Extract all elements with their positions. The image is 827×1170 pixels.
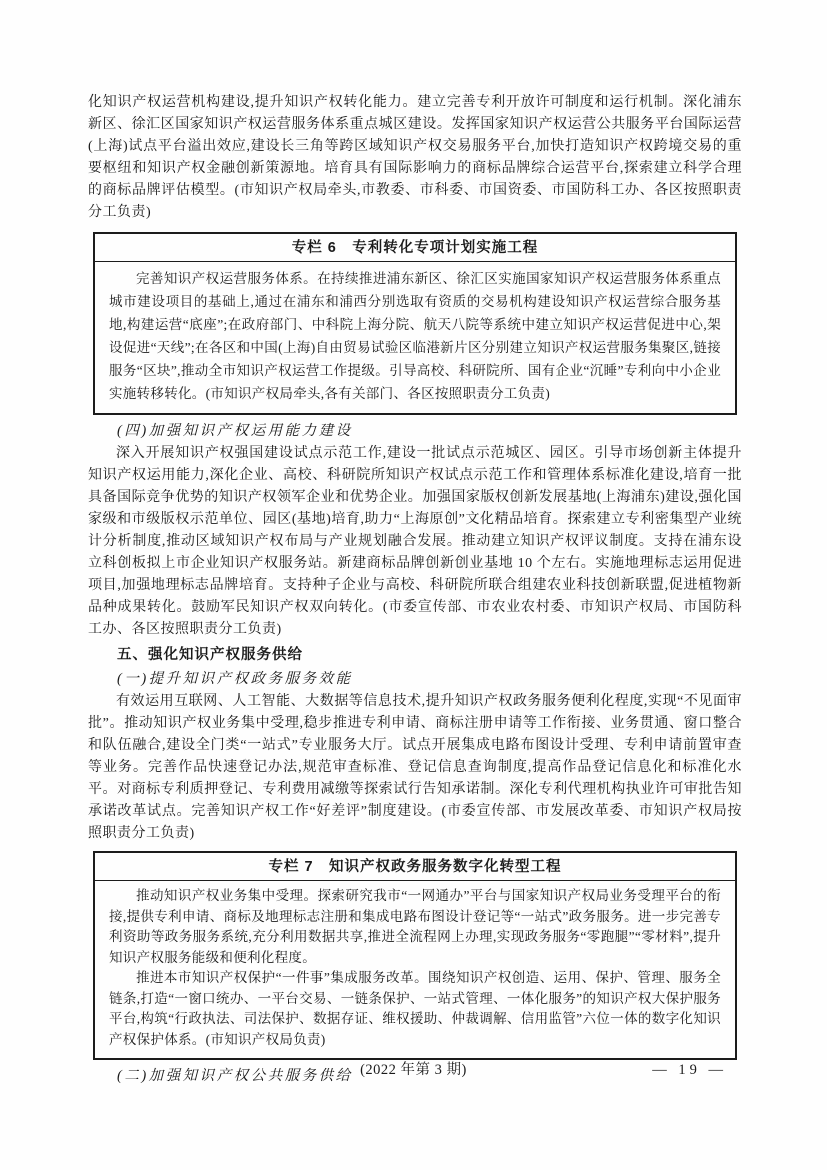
- column6-content: 完善知识产权运营服务体系。在持续推进浦东新区、徐汇区实施国家知识产权运营服务体系…: [109, 267, 721, 405]
- column7-title: 专栏 7 知识产权政务服务数字化转型工程: [95, 853, 735, 881]
- column6-title: 专栏 6 专利转化专项计划实施工程: [95, 234, 735, 262]
- column7-box: 专栏 7 知识产权政务服务数字化转型工程 推动知识产权业务集中受理。探索研究我市…: [93, 851, 737, 1060]
- section4-heading: (四)加强知识产权运用能力建设: [88, 419, 742, 443]
- column6-body: 完善知识产权运营服务体系。在持续推进浦东新区、徐汇区实施国家知识产权运营服务体系…: [95, 262, 735, 413]
- document-page: 化知识产权运营机构建设,提升知识产权转化能力。建立完善专利开放许可制度和运行机制…: [0, 0, 827, 1170]
- column7-paragraph-1: 推动知识产权业务集中受理。探索研究我市“一网通办”平台与国家知识产权局业务受理平…: [109, 886, 721, 968]
- column7-body: 推动知识产权业务集中受理。探索研究我市“一网通办”平台与国家知识产权局业务受理平…: [95, 881, 735, 1058]
- column6-box: 专栏 6 专利转化专项计划实施工程 完善知识产权运营服务体系。在持续推进浦东新区…: [93, 232, 737, 415]
- page-footer: (2022 年第 3 期) — 19 —: [0, 1058, 827, 1082]
- section5-sub1-heading: (一)提升知识产权政务服务效能: [88, 667, 742, 691]
- section4-paragraph: 深入开展知识产权强国建设试点示范工作,建设一批试点示范城区、园区。引导市场创新主…: [88, 443, 742, 641]
- column7-paragraph-2: 推进本市知识产权保护“一件事”集成服务改革。围绕知识产权创造、运用、保护、管理、…: [109, 968, 721, 1050]
- intro-paragraph: 化知识产权运营机构建设,提升知识产权转化能力。建立完善专利开放许可制度和运行机制…: [88, 92, 742, 224]
- section5-sub1-paragraph: 有效运用互联网、人工智能、大数据等信息技术,提升知识产权政务服务便利化程度,实现…: [88, 691, 742, 845]
- page-number: — 19 —: [652, 1058, 727, 1082]
- issue-label: (2022 年第 3 期): [360, 1058, 467, 1082]
- section5-heading: 五、强化知识产权服务供给: [88, 643, 742, 667]
